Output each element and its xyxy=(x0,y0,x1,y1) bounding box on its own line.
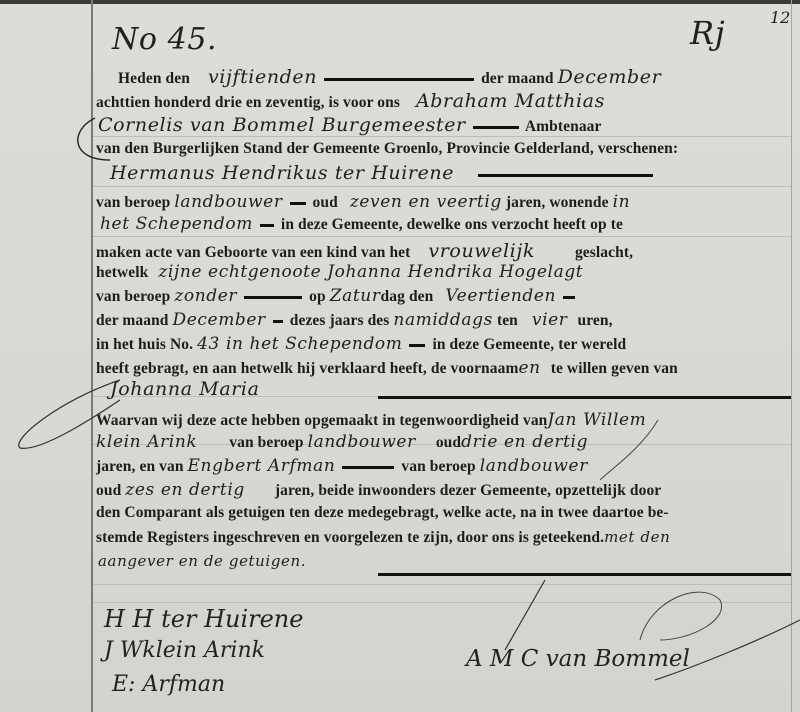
pen-flourishes xyxy=(0,0,800,712)
birth-record-page: No 45. Rj 12 Heden den vijftienden der m… xyxy=(0,0,800,712)
